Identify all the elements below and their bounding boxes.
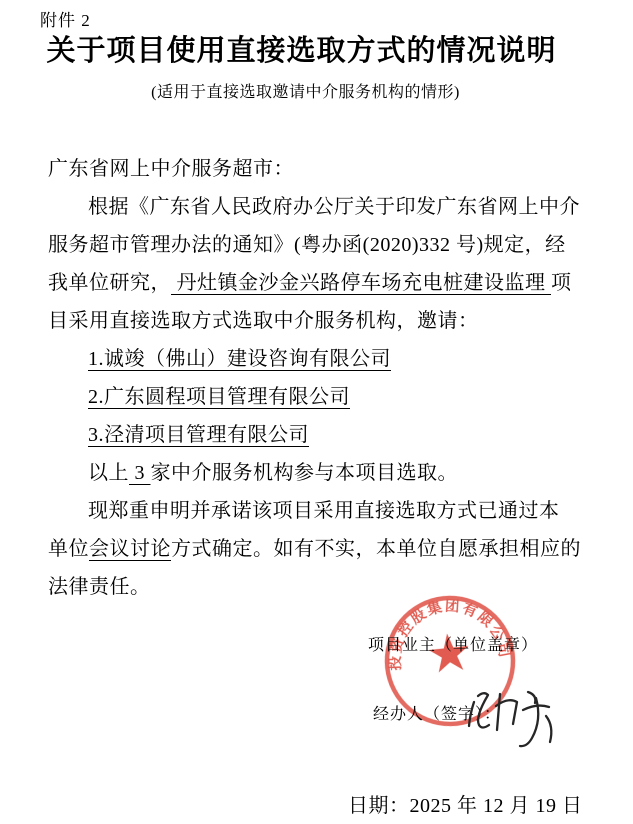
document-body: 广东省网上中介服务超市： 根据《广东省人民政府办公厅关于印发广东省网上中介服务超…: [48, 150, 593, 606]
underlined-text: 会议讨论: [89, 538, 171, 560]
text-line: 以上 3 家中介服务机构参与本项目选取。: [48, 454, 593, 492]
text-line: 3.泾清项目管理有限公司: [48, 416, 593, 454]
underlined-text: 3.泾清项目管理有限公司: [88, 424, 309, 446]
document-page: 附件 2 关于项目使用直接选取方式的情况说明 (适用于直接选取邀请中介服务机构的…: [0, 0, 633, 824]
underlined-text: 3: [129, 462, 151, 484]
date-line: 日期：2025 年 12 月 19 日: [348, 789, 583, 818]
text-segment: 法律责任。: [48, 576, 151, 598]
text-line: 1.诚竣（佛山）建设咨询有限公司: [48, 340, 593, 378]
text-line: 根据《广东省人民政府办公厅关于印发广东省网上中介: [48, 188, 593, 226]
underlined-text: 丹灶镇金沙金兴路停车场充电桩建设监理: [171, 272, 551, 294]
text-segment: 以上: [88, 462, 129, 484]
agency-list: 1.诚竣（佛山）建设咨询有限公司2.广东圆程项目管理有限公司3.泾清项目管理有限…: [48, 340, 593, 492]
underlined-text: 1.诚竣（佛山）建设咨询有限公司: [88, 348, 391, 370]
signature-strokes: [469, 692, 551, 746]
text-segment: 方式确定。如有不实，本单位自愿承担相应的: [171, 538, 581, 560]
text-line: 服务超市管理办法的通知》(粤办函(2020)332 号)规定，经: [48, 226, 593, 264]
text-segment: 我单位研究，: [48, 272, 171, 294]
text-line: 现郑重申明并承诺该项目采用直接选取方式已通过本: [48, 492, 593, 530]
intro-paragraph: 根据《广东省人民政府办公厅关于印发广东省网上中介服务超市管理办法的通知》(粤办函…: [48, 188, 593, 340]
text-segment: 目采用直接选取方式选取中介服务机构，邀请：: [48, 310, 479, 332]
text-segment: 服务超市管理办法的通知》(粤办函(2020)332 号)规定，经: [48, 234, 566, 256]
text-segment: 根据《广东省人民政府办公厅关于印发广东省网上中介: [88, 196, 580, 218]
page-subtitle: (适用于直接选取邀请中介服务机构的情形): [0, 79, 633, 102]
text-line: 我单位研究， 丹灶镇金沙金兴路停车场充电桩建设监理 项: [48, 264, 593, 302]
text-line: 单位会议讨论方式确定。如有不实，本单位自愿承担相应的: [48, 530, 593, 568]
text-line: 目采用直接选取方式选取中介服务机构，邀请：: [48, 302, 593, 340]
salutation: 广东省网上中介服务超市：: [48, 150, 593, 188]
text-segment: 家中介服务机构参与本项目选取。: [151, 462, 459, 484]
text-segment: 现郑重申明并承诺该项目采用直接选取方式已通过本: [88, 500, 560, 522]
handwritten-signature: [466, 686, 562, 752]
page-title: 关于项目使用直接选取方式的情况说明: [0, 28, 633, 69]
text-segment: 单位: [48, 538, 89, 560]
underlined-text: 2.广东圆程项目管理有限公司: [88, 386, 350, 408]
text-segment: 项: [551, 272, 572, 294]
text-line: 2.广东圆程项目管理有限公司: [48, 378, 593, 416]
